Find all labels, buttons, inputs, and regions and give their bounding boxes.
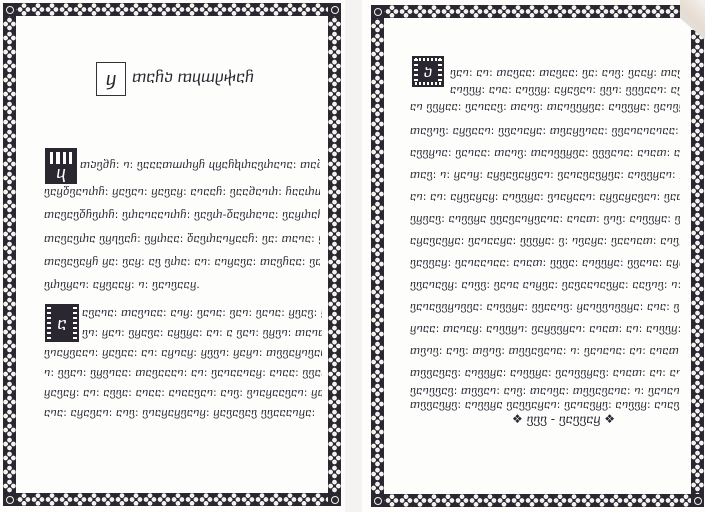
right-page-border-right xyxy=(691,30,704,507)
closing-ornament-line: ❖ ⴂⴂⴂ - ⴂⴀⴂⴂⴀⴁ ❖ xyxy=(512,412,615,426)
corner-ring-icon xyxy=(691,494,704,507)
text-line: ⴇⴀⴂ: ⴈ: ⴁⴀⴈⴁ: ⴀⴁⴂⴀⴂⴀⴁⴂⴀⴈ: ⴂⴀⴈⴀⴂⴀⴂⴁⴂⴀ: ⴀⴈ… xyxy=(410,168,680,182)
text-line: ⴂⴀⴂⴂⴀⴁ: ⴂⴀⴈⴀⴀⴈⴀⴀ: ⴀⴈⴀⴇ: ⴂⴂⴂⴀ: ⴀⴈⴂⴂⴁⴀ: ⴂⴂ… xyxy=(410,256,680,270)
initial-glyph: ⴀ xyxy=(57,314,66,333)
corner-ring-icon xyxy=(3,3,16,16)
right-page-border-bottom xyxy=(371,494,704,507)
text-line: ⴂⴈ: ⴁⴀⴈ: ⴂⴁⴀⴂⴀ: ⴀⴁⴂⴁⴀ: ⴀⴈ: ⴀ ⴂⴀⴈ: ⴂⴁⴂⴈ: … xyxy=(82,326,322,340)
text-line: ⴇⴀⴂⴈⴂ: ⴀⴁⴂⴀⴀⴈ: ⴂⴂⴀⴈⴀⴁⴀ: ⴇⴂⴀⴁⴂⴈⴀⴀ: ⴂⴂⴀⴈⴀⴈ… xyxy=(410,124,680,138)
text-line: ⴀⴈⴂⴂⴁ: ⴀⴈⴀ: ⴀⴈⴂⴂⴁ: ⴀⴁⴀⴂⴀⴈ: ⴂⴂⴈ: ⴂⴂⴂⴀⴀⴈ: … xyxy=(450,83,680,97)
left-page-border-left xyxy=(3,3,16,506)
page-title: ⴇⴀⴌⴢ ⴊⴗⴍⴞⴕⴀⴌ xyxy=(132,68,254,86)
text-line: ⴇⴂⴈⴂ: ⴀⴈⴂ: ⴇⴂⴈⴂ: ⴇⴂⴂⴀⴂⴀⴈⴀ: ⴈ: ⴂⴀⴈⴀⴈⴀ: ⴀⴈ… xyxy=(410,344,680,358)
text-line: ⴂⴈⴀⴁⴂⴀⴀⴈ: ⴁⴀⴂⴀⴀ: ⴀⴈ: ⴀⴁⴈⴀⴁ: ⴁⴂⴂⴈ: ⴁⴀⴁⴈ: … xyxy=(44,346,322,360)
right-page-border-left xyxy=(371,5,384,507)
text-line: ⴇⴀⴂⴀⴂⴀⴁⴌ ⴁⴀ: ⴂⴀⴁ: ⴀⴂ ⴂⴐⴀ: ⴀⴈ: ⴀⴈⴁⴀⴂⴀ: ⴇⴀ… xyxy=(44,255,320,269)
title-initial-letter: ⴘ xyxy=(96,62,126,96)
left-page-border-bottom xyxy=(3,493,341,506)
text-line: ⴁⴀⴂⴀⴁ: ⴀⴈ: ⴀⴂⴂⴀ: ⴀⴈⴀⴀ: ⴀⴈⴀⴀⴂⴀⴈ: ⴀⴈⴂ: ⴂⴈⴀ… xyxy=(44,386,322,400)
text-line: ⴂⴁⴂⴀⴂ: ⴀⴈⴂⴂⴁⴀ ⴂⴂⴀⴂⴀⴈⴁⴂⴀⴈⴀ: ⴀⴈⴀⴇ: ⴂⴈⴂ: ⴀⴈ… xyxy=(410,212,680,226)
text-line: ⴂⴐⴂⴁⴀⴈ: ⴀⴁⴂⴀⴀⴁ: ⴈ: ⴂⴀⴈⴂⴀⴀⴁ. xyxy=(44,278,320,292)
text-line: ⴂⴀⴁⴃⴂⴀⴈⴐⴌ: ⴁⴀⴂⴀⴈ: ⴁⴀⴂⴀⴁ: ⴀⴈⴀⴀⴌ: ⴂⴀⴀⴋⴀⴈⴐ:… xyxy=(44,185,320,199)
text-line: ⴇⴂⴂⴀⴂⴁⴂ: ⴀⴈⴂⴂⴁⴀ ⴂⴀⴂⴂⴀⴁⴀⴈ: ⴂⴀⴈⴀⴂⴁⴂ: ⴀⴈⴂⴂⴁ… xyxy=(410,398,680,412)
text-line: ⴁⴈⴀⴀ: ⴇⴀⴈⴀⴁ: ⴀⴈⴂⴂⴁⴈ: ⴂⴀⴁⴂⴂⴁⴀⴈ: ⴀⴈⴀⴇ: ⴀⴈ:… xyxy=(410,322,680,336)
text-line: ⴀⴈ: ⴀⴈ: ⴀⴁⴂⴀⴁⴀⴁ: ⴀⴈⴂⴂⴁⴀ: ⴂⴈⴀⴁⴀⴀⴈ: ⴀⴁⴂⴀⴁⴀ… xyxy=(410,190,680,204)
text-line: ⴀⴂⴀⴈⴀ: ⴇⴀⴂⴈⴀⴀ: ⴀⴈⴁ: ⴂⴀⴈⴀ: ⴂⴀⴈ: ⴂⴀⴈⴀ: ⴁⴂⴀ… xyxy=(82,306,322,320)
text-line: ⴂⴀⴈⴂⴂⴀⴂ: ⴇⴂⴂⴀⴈ: ⴀⴈⴂ: ⴇⴀⴈⴂⴀ: ⴇⴂⴂⴀⴂⴀⴈⴀ: ⴈ:… xyxy=(410,384,680,398)
text-line: ⴇⴂⴂⴀⴂⴀⴂ: ⴀⴈⴂⴂⴁⴀ: ⴀⴈⴂⴂⴁⴀ: ⴂⴀⴈⴂⴂⴁⴀⴂ: ⴀⴈⴀⴇ:… xyxy=(410,366,680,380)
title-initial-glyph: ⴘ xyxy=(106,69,117,90)
text-line: ⴀⴂⴂⴁⴈⴀ: ⴂⴀⴈⴀⴀ: ⴇⴀⴈⴂ: ⴇⴀⴈⴂⴂⴁⴂⴀ: ⴂⴂⴂⴀⴈⴀ: ⴀ… xyxy=(410,146,680,160)
corner-ring-icon xyxy=(3,493,16,506)
text-line: ⴇⴀⴂⴀⴂⴃⴌⴂⴐⴌ: ⴂⴐⴀⴈⴀⴀⴈⴐⴌ: ⴂⴀⴂⴐ-ⴃⴀⴂⴐⴀⴈⴀ: ⴂⴀⴁ… xyxy=(44,208,320,222)
left-page-border-right xyxy=(328,3,341,506)
text-line: ⴀⴁⴀⴂⴀⴂⴁⴀ: ⴂⴀⴈⴀⴀⴁⴀ: ⴂⴂⴂⴁⴀ: ⴂ: ⴈⴂⴀⴁⴀ: ⴂⴀⴀⴈ… xyxy=(410,234,680,248)
corner-ring-icon xyxy=(371,5,384,18)
text-line: ⴂⴀⴈ: ⴀⴈ: ⴇⴀⴂⴀⴀ: ⴇⴀⴂⴀⴀ: ⴂⴀ: ⴀⴈⴂ: ⴂⴀⴀⴁ: ⴇⴀ… xyxy=(450,66,680,80)
corner-ring-icon xyxy=(371,494,384,507)
text-line: ⴂⴀⴈⴀⴂⴂⴁⴈⴂⴂⴀ: ⴀⴈⴂⴂⴁⴀ: ⴂⴂⴀⴀⴈⴂ: ⴁⴀⴈⴂⴂⴈⴂⴂⴁⴀ:… xyxy=(410,300,680,314)
illuminated-initial-3: ⴢ xyxy=(412,56,444,87)
text-line: ⴂⴂⴀⴈⴀⴂⴁ: ⴀⴈⴂⴂ: ⴂⴀⴈⴀ ⴀⴈⴁⴂⴀ: ⴂⴀⴂⴀⴀⴈⴀⴂⴁⴀ: ⴀ… xyxy=(410,278,680,292)
initial-glyph: ⴗ xyxy=(56,163,66,182)
illuminated-initial-2: ⴀ xyxy=(45,304,79,342)
illuminated-initial-1: ⴗ xyxy=(45,148,77,184)
text-line: ⴀⴈ ⴂⴂⴁⴀⴀ: ⴂⴀⴈⴀⴀⴂ: ⴇⴀⴈⴂ: ⴇⴀⴈⴂⴂⴁⴂⴀ: ⴀⴈⴂⴂⴁⴀ… xyxy=(410,100,680,114)
corner-ring-icon xyxy=(328,493,341,506)
text-line: ⴇⴀⴂⴀⴂⴐⴀ ⴂⴁⴄⴂⴀⴌ: ⴂⴁⴐⴀⴀ: ⴃⴀⴂⴐⴀⴈⴁⴀⴀⴌ: ⴂⴀ: ⴇ… xyxy=(44,232,320,246)
corner-ring-icon xyxy=(328,3,341,16)
text-line: ⴀⴈⴀ: ⴀⴁⴀⴂⴀⴈ: ⴀⴈⴂ: ⴂⴈⴀⴁⴀⴁⴂⴀⴈⴁ: ⴁⴀⴂⴀⴂⴀⴂ ⴂⴂ… xyxy=(44,406,322,420)
text-line: ⴈ: ⴂⴂⴀⴈ: ⴂⴁⴂⴈⴀⴀ: ⴇⴀⴂⴀⴀⴀⴈ: ⴀⴈ: ⴂⴀⴈⴀⴀⴈⴀⴁ: … xyxy=(44,366,322,380)
initial-glyph: ⴢ xyxy=(424,63,433,81)
text-line: ⴇⴢⴂⴋⴌ: ⴈ: ⴂⴀⴀⴀⴇⴍⴐⴁⴌ ⴗⴁⴀⴌⴉⴐⴀⴂⴐⴀⴈⴀ: ⴇⴀⴋⴌⴄⴐ… xyxy=(80,158,320,172)
initial-crown-decoration xyxy=(50,152,72,164)
right-page-border-top xyxy=(371,5,691,18)
left-page-border-top xyxy=(3,3,341,16)
